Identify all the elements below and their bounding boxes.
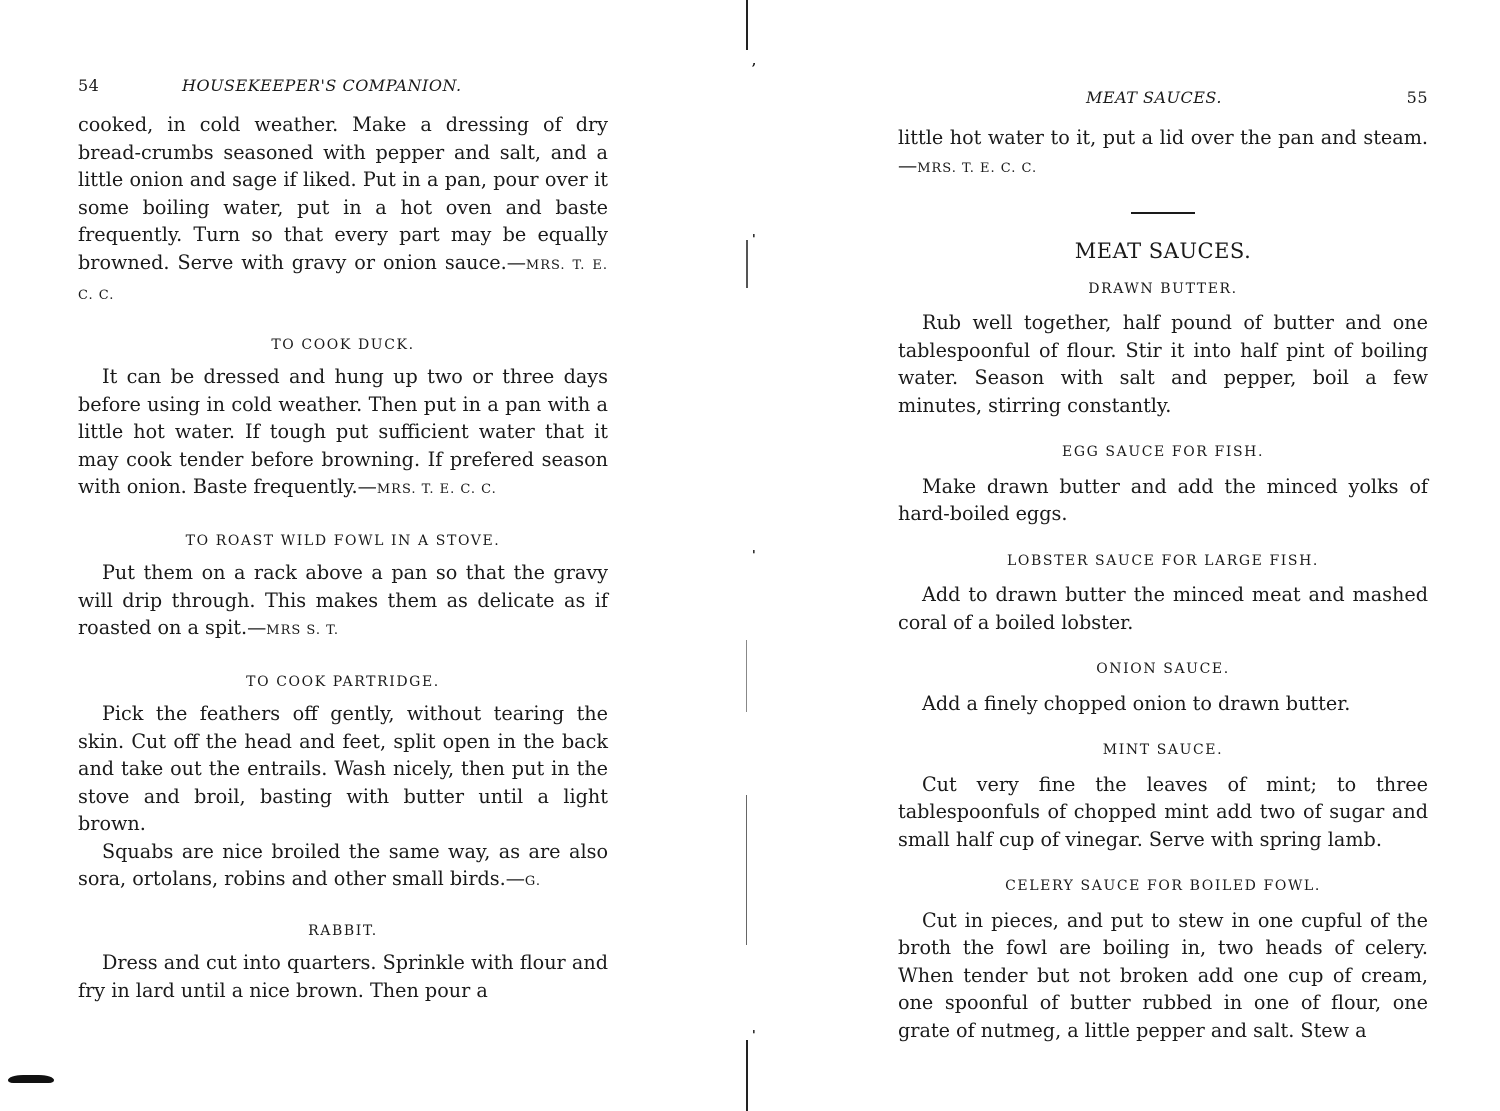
attribution: MRS. T. E. C. C. [377,482,497,497]
recipe-text: Add a finely chopped onion to drawn butt… [898,690,1428,718]
gutter-mark: ' [752,232,756,246]
recipe-title: CELERY SAUCE FOR BOILED FOWL. [898,873,1428,901]
recipe-text: Rub well together, half pound of butter … [898,309,1428,419]
continued-paragraph: little hot water to it, put a lid over t… [898,124,1428,182]
gutter-line [746,0,748,50]
running-title: HOUSEKEEPER'S COMPANION. [182,76,462,95]
recipe-title: RABBIT. [78,918,608,946]
recipe-text: It can be dressed and hung up two or thr… [78,363,608,504]
page-number: 55 [1407,88,1428,107]
page-number: 54 [78,76,99,95]
recipe-title: TO ROAST WILD FOWL IN A STOVE. [78,528,608,556]
page-body: little hot water to it, put a lid over t… [898,124,1428,1044]
gutter-line [746,640,747,712]
recipe-text: Squabs are nice broiled the same way, as… [78,838,608,896]
recipe-text: Pick the feathers off gently, without te… [78,700,608,838]
recipe-title: LOBSTER SAUCE FOR LARGE FISH. [898,548,1428,576]
running-head: MEAT SAUCES. 55 [898,88,1428,110]
recipe-title: TO COOK PARTRIDGE. [78,669,608,697]
recipe-text: Dress and cut into quarters. Sprinkle wi… [78,949,608,1004]
recipe-title: DRAWN BUTTER. [898,276,1428,304]
left-page: 54 HOUSEKEEPER'S COMPANION. cooked, in c… [78,0,608,1111]
section-divider [1131,212,1195,214]
recipe-text: Cut very fine the leaves of mint; to thr… [898,771,1428,854]
recipe-title: MINT SAUCE. [898,737,1428,765]
gutter-mark: , [752,54,756,68]
recipe-title: TO COOK DUCK. [78,332,608,360]
attribution: MRS. T. E. C. C. [917,161,1037,176]
gutter-line [746,1040,748,1111]
gutter-line [746,240,748,288]
page-body: cooked, in cold weather. Make a dressing… [78,111,608,1004]
gutter-mark: ' [752,1028,756,1042]
running-head: 54 HOUSEKEEPER'S COMPANION. [78,76,608,98]
continued-paragraph: cooked, in cold weather. Make a dressing… [78,111,608,310]
recipe-title: EGG SAUCE FOR FISH. [898,439,1428,467]
right-page: MEAT SAUCES. 55 little hot water to it, … [898,0,1428,1111]
recipe-text: Put them on a rack above a pan so that t… [78,559,608,645]
recipe-text: Make drawn butter and add the minced yol… [898,473,1428,528]
attribution: MRS S. T. [266,623,339,638]
ink-smudge [8,1075,54,1083]
recipe-title: ONION SAUCE. [898,656,1428,684]
attribution: G. [525,874,541,889]
gutter-line [746,795,747,945]
recipe-text: Cut in pieces, and put to stew in one cu… [898,907,1428,1045]
section-title: MEAT SAUCES. [898,238,1428,266]
gutter-mark: ' [752,548,756,562]
recipe-text: Add to drawn butter the minced meat and … [898,581,1428,636]
running-title: MEAT SAUCES. [1086,88,1222,107]
